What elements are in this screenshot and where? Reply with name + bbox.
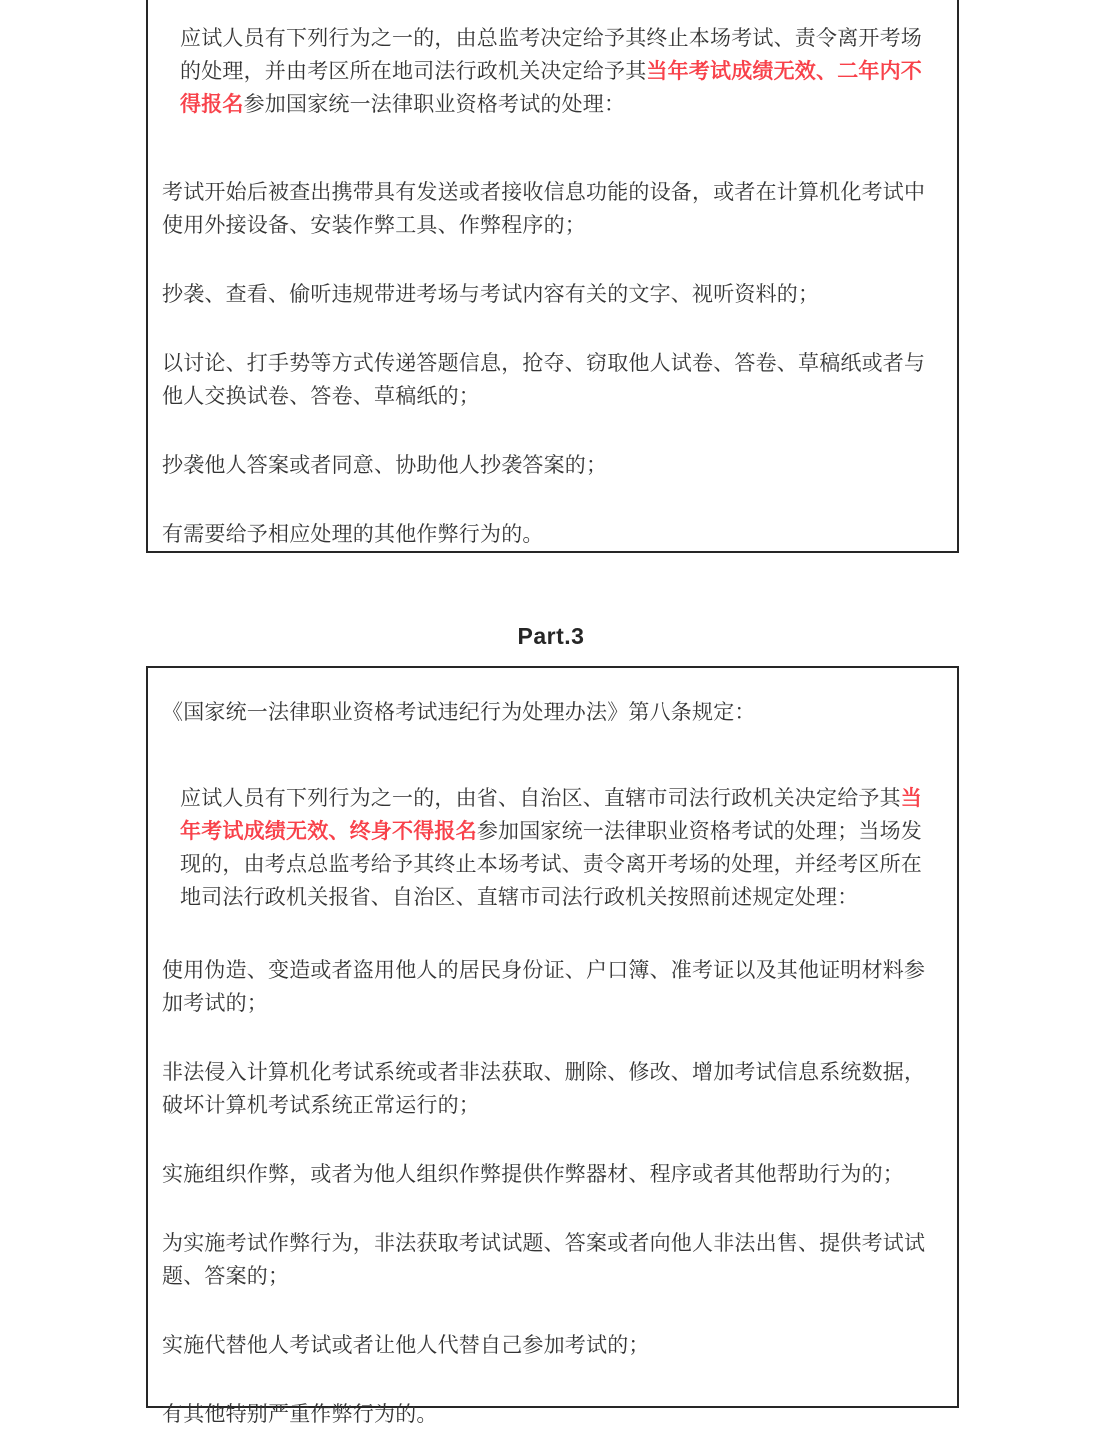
rule-item: 抄袭、查看、偷听违规带进考场与考试内容有关的文字、视听资料的； <box>162 278 943 311</box>
regulation-box-terminate-exam: 应试人员有下列行为之一的，由总监考决定给予其终止本场考试、责令离开考场的处理，并… <box>146 0 959 553</box>
rule-item: 有其他特别严重作弊行为的。 <box>162 1398 943 1431</box>
rule-item: 非法侵入计算机化考试系统或者非法获取、删除、修改、增加考试信息系统数据，破坏计算… <box>162 1056 943 1122</box>
regulation-box-article-eight: 《国家统一法律职业资格考试违纪行为处理办法》第八条规定： 应试人员有下列行为之一… <box>146 666 959 1408</box>
rule-item: 实施代替他人考试或者让他人代替自己参加考试的； <box>162 1329 943 1362</box>
rule-item: 有需要给予相应处理的其他作弊行为的。 <box>162 518 943 551</box>
rule-item: 使用伪造、变造或者盗用他人的居民身份证、户口簿、准考证以及其他证明材料参加考试的… <box>162 954 943 1020</box>
intro-paragraph: 应试人员有下列行为之一的，由省、自治区、直辖市司法行政机关决定给予其当年考试成绩… <box>180 782 927 914</box>
article-heading: 《国家统一法律职业资格考试违纪行为处理办法》第八条规定： <box>162 696 943 729</box>
rule-item: 为实施考试作弊行为，非法获取考试试题、答案或者向他人非法出售、提供考试试题、答案… <box>162 1227 943 1293</box>
rule-item: 抄袭他人答案或者同意、协助他人抄袭答案的； <box>162 449 943 482</box>
intro-text-post: 参加国家统一法律职业资格考试的处理： <box>244 93 626 116</box>
rule-item: 实施组织作弊，或者为他人组织作弊提供作弊器材、程序或者其他帮助行为的； <box>162 1158 943 1191</box>
intro-text-pre: 应试人员有下列行为之一的，由省、自治区、直辖市司法行政机关决定给予其 <box>180 787 901 810</box>
rule-item: 以讨论、打手势等方式传递答题信息，抢夺、窃取他人试卷、答卷、草稿纸或者与他人交换… <box>162 347 943 413</box>
rule-item: 考试开始后被查出携带具有发送或者接收信息功能的设备，或者在计算机化考试中使用外接… <box>162 176 943 242</box>
intro-paragraph: 应试人员有下列行为之一的，由总监考决定给予其终止本场考试、责令离开考场的处理，并… <box>180 22 927 121</box>
part-heading: Part.3 <box>0 621 1102 651</box>
